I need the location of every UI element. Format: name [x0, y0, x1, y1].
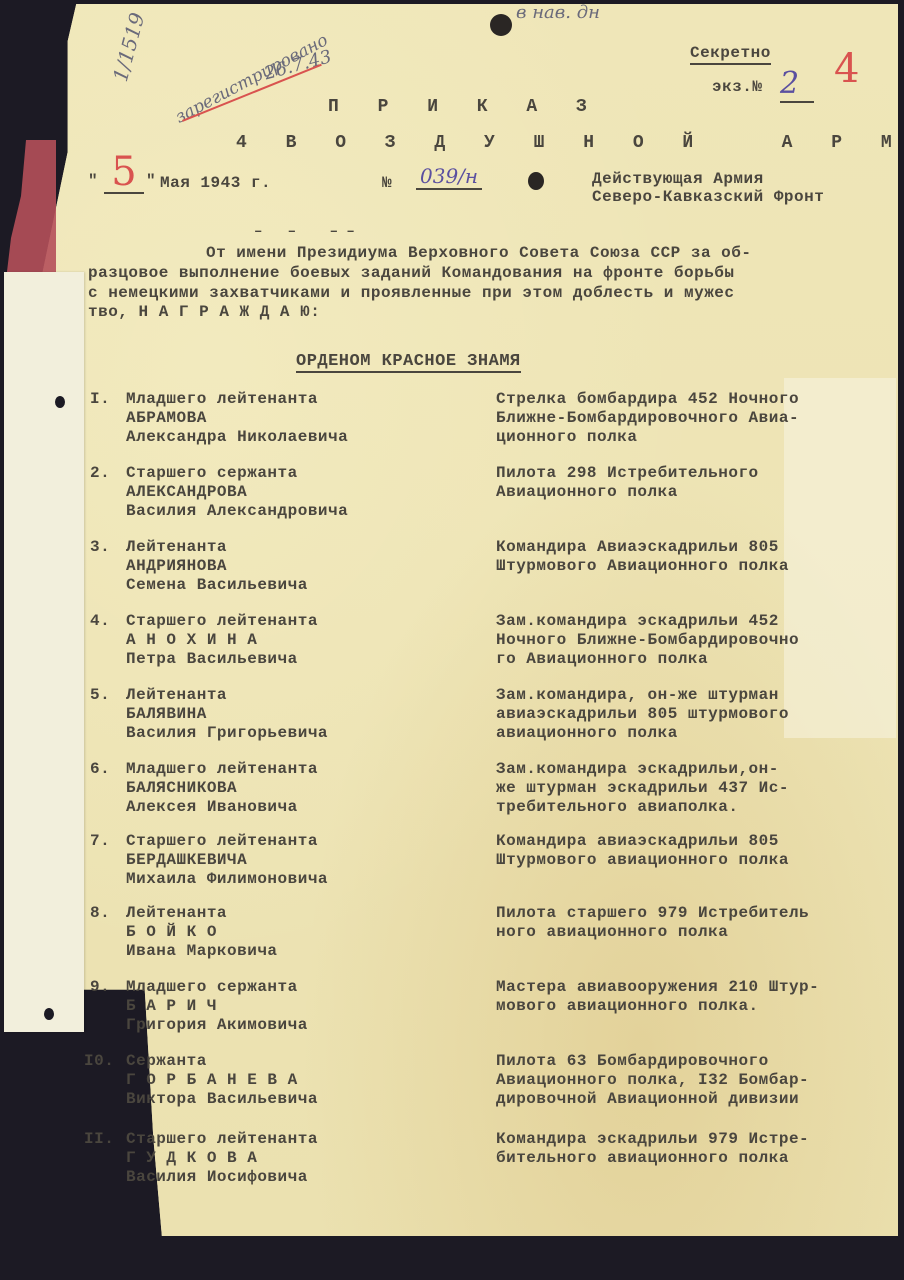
archival-tape-left [4, 272, 84, 1032]
copy-number: 2 [780, 66, 814, 103]
binder-hole-icon [44, 1008, 54, 1020]
location-line-2: Северо-Кавказский Фронт [592, 188, 824, 207]
document-subtitle: 4 В О З Д У Ш Н О Й А Р М И И [236, 134, 904, 153]
date-day: 5 [104, 152, 144, 194]
document-title: П Р И К А З [328, 98, 601, 117]
date-open-quote: " [88, 172, 98, 191]
date-month-year: Мая 1943 г. [160, 174, 271, 193]
order-number-label: № [382, 174, 392, 193]
separator-dashes: – – – – [254, 224, 355, 240]
red-binding-strip [6, 140, 56, 280]
date-close-quote: " [146, 172, 156, 191]
location-line-1: Действующая Армия [592, 170, 764, 189]
classification-label: Секретно [690, 44, 771, 65]
binder-hole-icon [55, 396, 65, 408]
red-margin-mark: 4 [834, 46, 859, 92]
preamble-line-1: От имени Президиума Верховного Совета Со… [206, 244, 751, 263]
awardee-row: II. Старшего лейтенанта Г У Д К О В А Ва… [84, 1130, 104, 1244]
ink-blot [528, 172, 544, 190]
preamble-line-4: тво, Н А Г Р А Ж Д А Ю: [88, 303, 320, 322]
top-note: в нав. дн [516, 2, 600, 23]
award-heading: ОРДЕНОМ КРАСНОЕ ЗНАМЯ [296, 352, 521, 373]
copy-label: экз.№ [712, 78, 763, 97]
ink-blot [490, 14, 512, 36]
order-number-value: 039/н [416, 164, 482, 190]
preamble-line-3: с немецкими захватчиками и проявленные п… [88, 284, 735, 303]
archival-tape-right [784, 378, 896, 738]
preamble-line-2: разцовое выполнение боевых заданий Коман… [88, 264, 735, 283]
